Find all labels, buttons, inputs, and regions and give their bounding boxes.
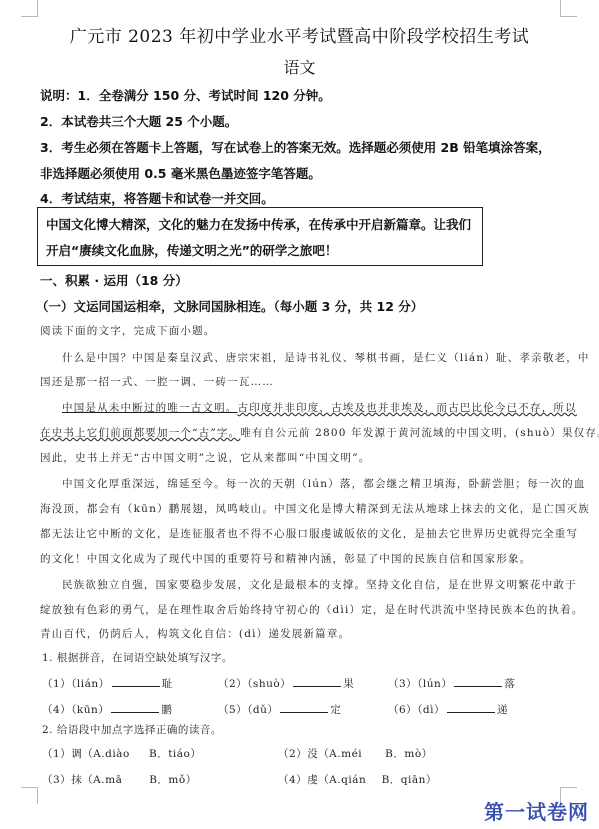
intro-box: 中国文化博大精深，文化的魅力在发扬中传承，在传承中开启新篇章。让我们 开启“赓续… <box>37 207 483 266</box>
passage-line: 中国是从未中断过的唯一古文明。古印度并非印度，古埃及也并非埃及，而古巴比伦今已不… <box>62 400 577 415</box>
instruction-line: 4．考试结束，将答题卡和试卷一并交回。 <box>40 189 274 207</box>
passage-line: 中国文化厚重深远，绵延至今。每一次的天朝（lún）落，都会继之精卫填海，卧薪尝胆… <box>62 476 586 491</box>
wavy-underlined-sentence: 在史书上它们前面都要加一个“古”字。 <box>40 427 240 439</box>
passage-line: 什么是中国？中国是秦皇汉武、唐宗宋祖，是诗书礼仪、琴棋书画，是仁义（lián）耻… <box>62 350 590 365</box>
passage-line: 国还是那一招一式、一腔一调、一砖一瓦…… <box>40 374 274 389</box>
passage-line: 绽放独有色彩的勇气，是在理性取舍后始终持守初心的（dìi）定，是在时代洪流中坚持… <box>40 602 584 617</box>
fill-item: （4）（kūn）鹏 <box>42 701 172 717</box>
instruction-line: 非选择题必须使用 0.5 毫米黑色墨迹签字笔答题。 <box>40 164 321 182</box>
passage-line: 的文化！中国文化成为了现代中国的重要符号和精神内涵，彰显了中国的民族自信和国家形… <box>40 551 531 566</box>
fill-item: （1）（lián）耻 <box>42 675 173 691</box>
choice-item: （3）抹（A.mā B．mǒ） <box>42 772 197 787</box>
choice-item: （1）调（A.diào B．tiáo） <box>42 746 201 761</box>
watermark-logo: 第一试卷网 <box>484 796 589 825</box>
intro-line: 开启“赓续文化血脉，传递文明之光”的研学之旅吧！ <box>46 241 337 259</box>
page-corner-mark <box>21 0 38 17</box>
answer-blank[interactable] <box>293 675 341 687</box>
choice-item: （4）虔（A.qián B．qiān） <box>278 772 437 787</box>
intro-line: 中国文化博大精深，文化的魅力在发扬中传承，在传承中开启新篇章。让我们 <box>46 215 471 233</box>
answer-blank[interactable] <box>447 701 495 713</box>
instruction-line: 3．考生必须在答题卡上答题，写在试卷上的答案无效。选择题必须使用 2B 铅笔填涂… <box>40 138 551 156</box>
exam-title: 广元市 2023 年初中学业水平考试暨高中阶段学校招生考试 <box>0 22 599 47</box>
answer-blank[interactable] <box>454 675 502 687</box>
answer-blank[interactable] <box>111 701 159 713</box>
question-2-prompt: 2. 给语段中加点字选择正确的读音。 <box>42 722 222 737</box>
passage-line: 因此，史书上并无“古中国文明”之说，它从来都叫“中国文明”。 <box>40 450 370 465</box>
instruction-line: 说明：1．全卷满分 150 分、考试时间 120 分钟。 <box>40 86 331 104</box>
wavy-underlined-sentence: 古印度并非印度，古埃及也并非埃及，而古巴比伦今已不存，所以 <box>238 402 577 414</box>
passage-line: 在史书上它们前面都要加一个“古”字。唯有自公元前 2800 年发源于黄河流域的中… <box>40 425 599 440</box>
subsection-heading: （一）文运同国运相牵，文脉同国脉相连。（每小题 3 分，共 12 分） <box>36 297 423 315</box>
passage-line: 青山百代，仍荫后人，构筑文化自信：(dì）递发展新篇章。 <box>40 626 350 641</box>
fill-item: （6）（dì）递 <box>388 701 508 717</box>
instruction-line: 2．本试卷共三个大题 25 个小题。 <box>40 112 237 130</box>
page-corner-mark <box>21 787 38 804</box>
answer-blank[interactable] <box>112 675 160 687</box>
section-heading: 一、积累 · 运用（18 分） <box>40 271 188 289</box>
underlined-sentence: 中国是从未中断过的唯一古文明。 <box>62 402 238 414</box>
passage-line: 海没顶，都会有（kūn）鹏展翅，凤鸣岐山。中国文化是博大精深到无法从地球上抹去的… <box>40 501 590 516</box>
fill-item: （3）（lún）落 <box>388 675 515 691</box>
passage-line: 民族欲独立自强，国家要稳步发展，文化是最根本的支撑。坚持文化自信，是在世界文明繁… <box>62 577 577 592</box>
exam-subject: 语文 <box>0 55 599 78</box>
fill-item: （5）（dǔ）定 <box>218 701 341 717</box>
choice-item: （2）没（A.méi B．mò） <box>278 746 433 761</box>
page-corner-mark <box>560 0 577 17</box>
question-1-prompt: 1. 根据拼音，在词语空缺处填写汉字。 <box>42 650 233 665</box>
passage-line: 都无法让它中断的文化，是连征服者也不得不心服口服虔诚皈依的文化，是抽去它世界历史… <box>40 526 578 541</box>
reading-prompt: 阅读下面的文字，完成下面小题。 <box>40 323 216 338</box>
answer-blank[interactable] <box>280 701 328 713</box>
fill-item: （2）（shuò）果 <box>218 675 354 691</box>
passage-text: 唯有自公元前 2800 年发源于黄河流域的中国文明，(shuò）果仅存。 <box>240 427 599 439</box>
